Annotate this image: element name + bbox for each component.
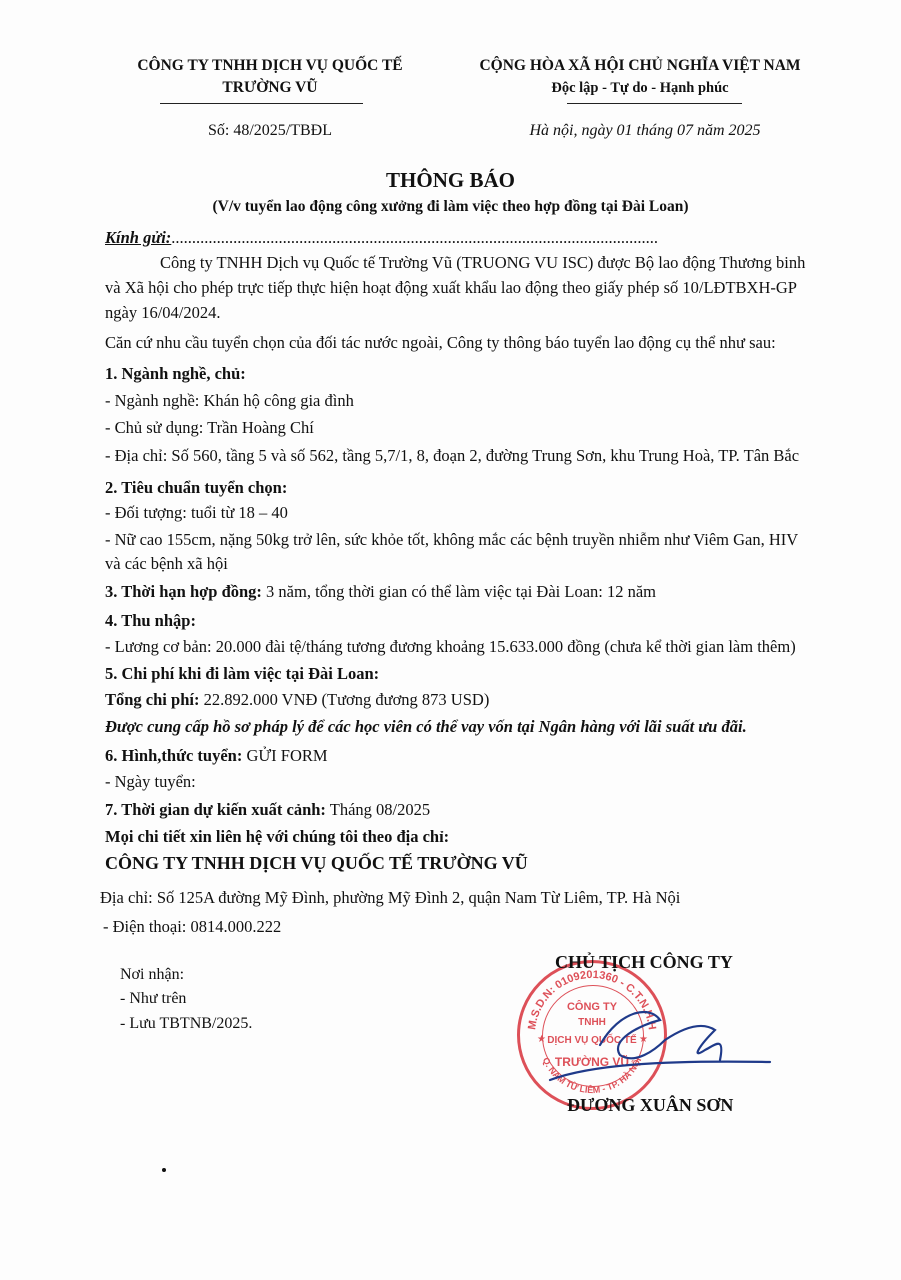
document-subtitle: (V/v tuyển lao động công xưởng đi làm vi… [0, 198, 901, 216]
nation-name: CỘNG HÒA XÃ HỘI CHỦ NGHĨA VIỆT NAM [460, 55, 820, 77]
section-6: 6. Hình,thức tuyển: GỬI FORM [105, 746, 328, 766]
section-6-heading: 6. Hình,thức tuyển: [105, 746, 242, 765]
signatory-title: CHỦ TỊCH CÔNG TY [555, 952, 733, 973]
intro-paragraph-2: Căn cứ nhu cầu tuyển chọn của đối tác nư… [105, 333, 776, 353]
contact-address: Địa chỉ: Số 125A đường Mỹ Đình, phường M… [100, 888, 680, 908]
handwritten-signature [540, 990, 790, 1090]
section-7-heading: 7. Thời gian dự kiến xuất cảnh: [105, 800, 326, 819]
place-date: Hà nội, ngày 01 tháng 07 năm 2025 [460, 122, 830, 140]
loan-note: Được cung cấp hồ sơ pháp lý để các học v… [105, 717, 747, 737]
recipient-item: - Lưu TBTNB/2025. [120, 1015, 252, 1033]
section-6-value: GỬI FORM [242, 746, 327, 765]
document-number: Số: 48/2025/TBĐL [80, 122, 460, 140]
header-right-rule [567, 103, 742, 104]
recipients-label: Nơi nhận: [120, 966, 184, 984]
section-7: 7. Thời gian dự kiến xuất cảnh: Tháng 08… [105, 800, 430, 820]
company-header: CÔNG TY TNHH DỊCH VỤ QUỐC TẾ TRƯỜNG VŨ [80, 55, 460, 99]
section-7-value: Tháng 08/2025 [326, 800, 430, 819]
national-motto: Độc lập - Tự do - Hạnh phúc [460, 77, 820, 99]
company-name-line1: CÔNG TY TNHH DỊCH VỤ QUỐC TẾ [80, 55, 460, 77]
header-left-rule [160, 103, 363, 104]
section-5-heading: 5. Chi phí khi đi làm việc tại Đài Loan: [105, 664, 379, 684]
total-cost-value: 22.892.000 VNĐ (Tương đương 873 USD) [199, 690, 489, 709]
section-1-heading: 1. Ngành nghề, chủ: [105, 364, 246, 384]
section-2-item: - Nữ cao 155cm, nặng 50kg trở lên, sức k… [105, 530, 798, 550]
section-5-total: Tổng chi phí: 22.892.000 VNĐ (Tương đươn… [105, 690, 489, 710]
greeting: Kính gửi:...............................… [105, 228, 658, 248]
total-cost-label: Tổng chi phí: [105, 690, 199, 709]
contact-phone: - Điện thoại: 0814.000.222 [103, 917, 281, 937]
section-1-item: - Địa chỉ: Số 560, tầng 5 và số 562, tần… [105, 446, 799, 466]
greeting-label: Kính gửi: [105, 228, 171, 247]
intro-line-1: Công ty TNHH Dịch vụ Quốc tế Trường Vũ (… [160, 253, 805, 273]
greeting-dots: ........................................… [171, 228, 658, 247]
section-3-heading: 3. Thời hạn hợp đồng: [105, 582, 262, 601]
stray-mark [162, 1168, 166, 1172]
section-1-item: - Ngành nghề: Khán hộ công gia đình [105, 391, 354, 411]
recipient-item: - Như trên [120, 990, 186, 1008]
contact-intro: Mọi chi tiết xin liên hệ với chúng tôi t… [105, 827, 449, 847]
document-title: THÔNG BÁO [0, 168, 901, 193]
section-2-item: - Đối tượng: tuổi từ 18 – 40 [105, 503, 288, 523]
section-1-item: - Chủ sử dụng: Trần Hoàng Chí [105, 418, 314, 438]
section-2-heading: 2. Tiêu chuẩn tuyển chọn: [105, 478, 287, 498]
section-3-value: 3 năm, tổng thời gian có thể làm việc tạ… [262, 582, 656, 601]
section-3: 3. Thời hạn hợp đồng: 3 năm, tổng thời g… [105, 582, 656, 602]
section-4-heading: 4. Thu nhập: [105, 611, 196, 631]
intro-line-2: và Xã hội cho phép trực tiếp thực hiện h… [105, 278, 797, 298]
section-6-item: - Ngày tuyển: [105, 772, 196, 792]
intro-line-3: ngày 16/04/2024. [105, 303, 221, 323]
section-4-item: - Lương cơ bản: 20.000 đài tệ/tháng tươn… [105, 637, 796, 657]
section-2-item: và các bệnh xã hội [105, 554, 228, 574]
contact-company: CÔNG TY TNHH DỊCH VỤ QUỐC TẾ TRƯỜNG VŨ [105, 853, 528, 874]
signatory-name: ĐƯƠNG XUÂN SƠN [567, 1095, 733, 1116]
company-name-line2: TRƯỜNG VŨ [80, 77, 460, 99]
national-header: CỘNG HÒA XÃ HỘI CHỦ NGHĨA VIỆT NAM Độc l… [460, 55, 820, 99]
